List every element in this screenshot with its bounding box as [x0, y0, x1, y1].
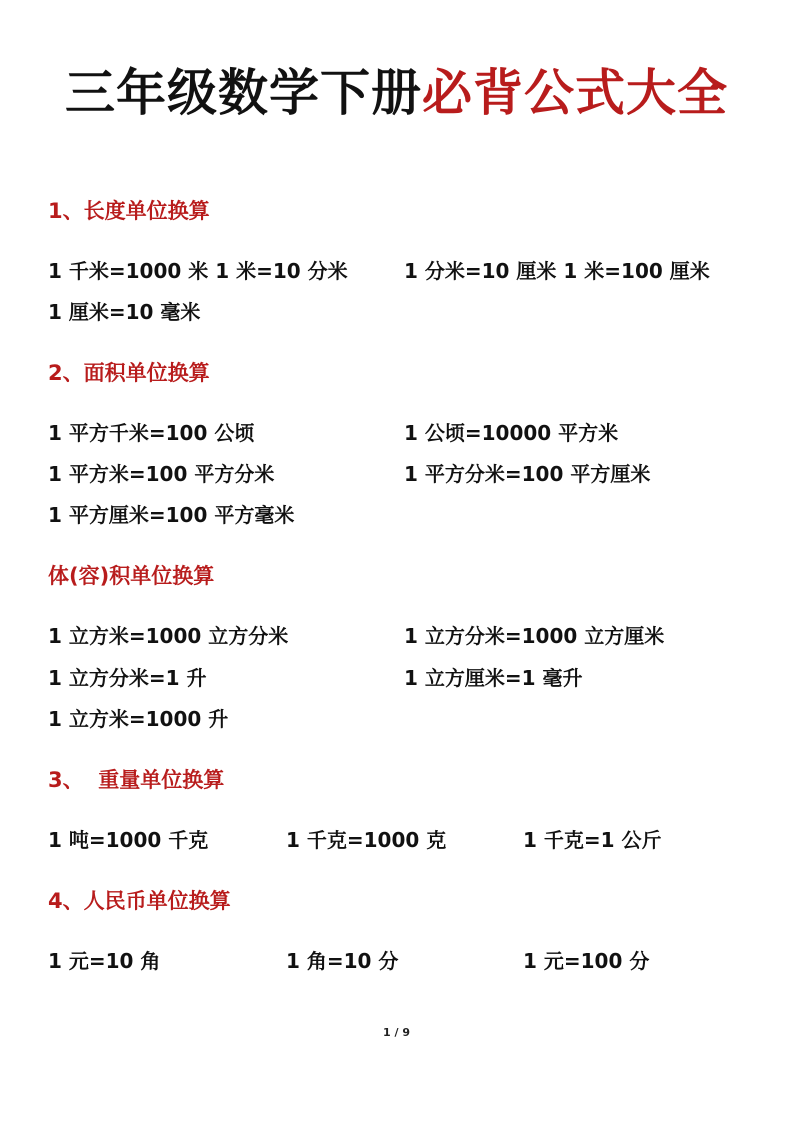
title-black-part: 三年级数学下册: [65, 64, 422, 122]
title-red-part: 必背公式大全: [422, 64, 728, 122]
formula-line: 1 千米=1000 米 1 米=10 分米: [48, 257, 348, 285]
formula-line: 1 立方厘米=1 毫升: [404, 664, 583, 692]
formula-line: 1 公顷=10000 平方米: [404, 419, 618, 447]
document-title: 三年级数学下册必背公式大全: [0, 62, 793, 124]
formula-line: 1 厘米=10 毫米: [48, 298, 200, 326]
formula-line: 1 平方厘米=100 平方毫米: [48, 501, 294, 529]
formula-line: 1 立方分米=1 升: [48, 664, 207, 692]
formula-line: 1 平方千米=100 公顷: [48, 419, 254, 447]
formula-line: 1 元=10 角: [48, 947, 160, 975]
formula-line: 1 角=10 分: [286, 947, 398, 975]
formula-line: 1 平方米=100 平方分米: [48, 460, 274, 488]
formula-line: 1 元=100 分: [523, 947, 649, 975]
formula-line: 1 立方米=1000 升: [48, 705, 228, 733]
section-heading-currency: 4、人民币单位换算: [48, 887, 231, 915]
section-heading-area: 2、面积单位换算: [48, 359, 210, 387]
page-indicator: 1 / 9: [0, 1026, 793, 1039]
formula-line: 1 立方分米=1000 立方厘米: [404, 622, 664, 650]
formula-line: 1 吨=1000 千克: [48, 826, 208, 854]
formula-line: 1 千克=1 公斤: [523, 826, 662, 854]
formula-line: 1 立方米=1000 立方分米: [48, 622, 288, 650]
formula-line: 1 千克=1000 克: [286, 826, 446, 854]
section-heading-weight: 3、 重量单位换算: [48, 766, 224, 794]
section-heading-length: 1、长度单位换算: [48, 197, 210, 225]
section-heading-volume: 体(容)积单位换算: [48, 562, 214, 590]
formula-line: 1 平方分米=100 平方厘米: [404, 460, 650, 488]
formula-line: 1 分米=10 厘米 1 米=100 厘米: [404, 257, 710, 285]
